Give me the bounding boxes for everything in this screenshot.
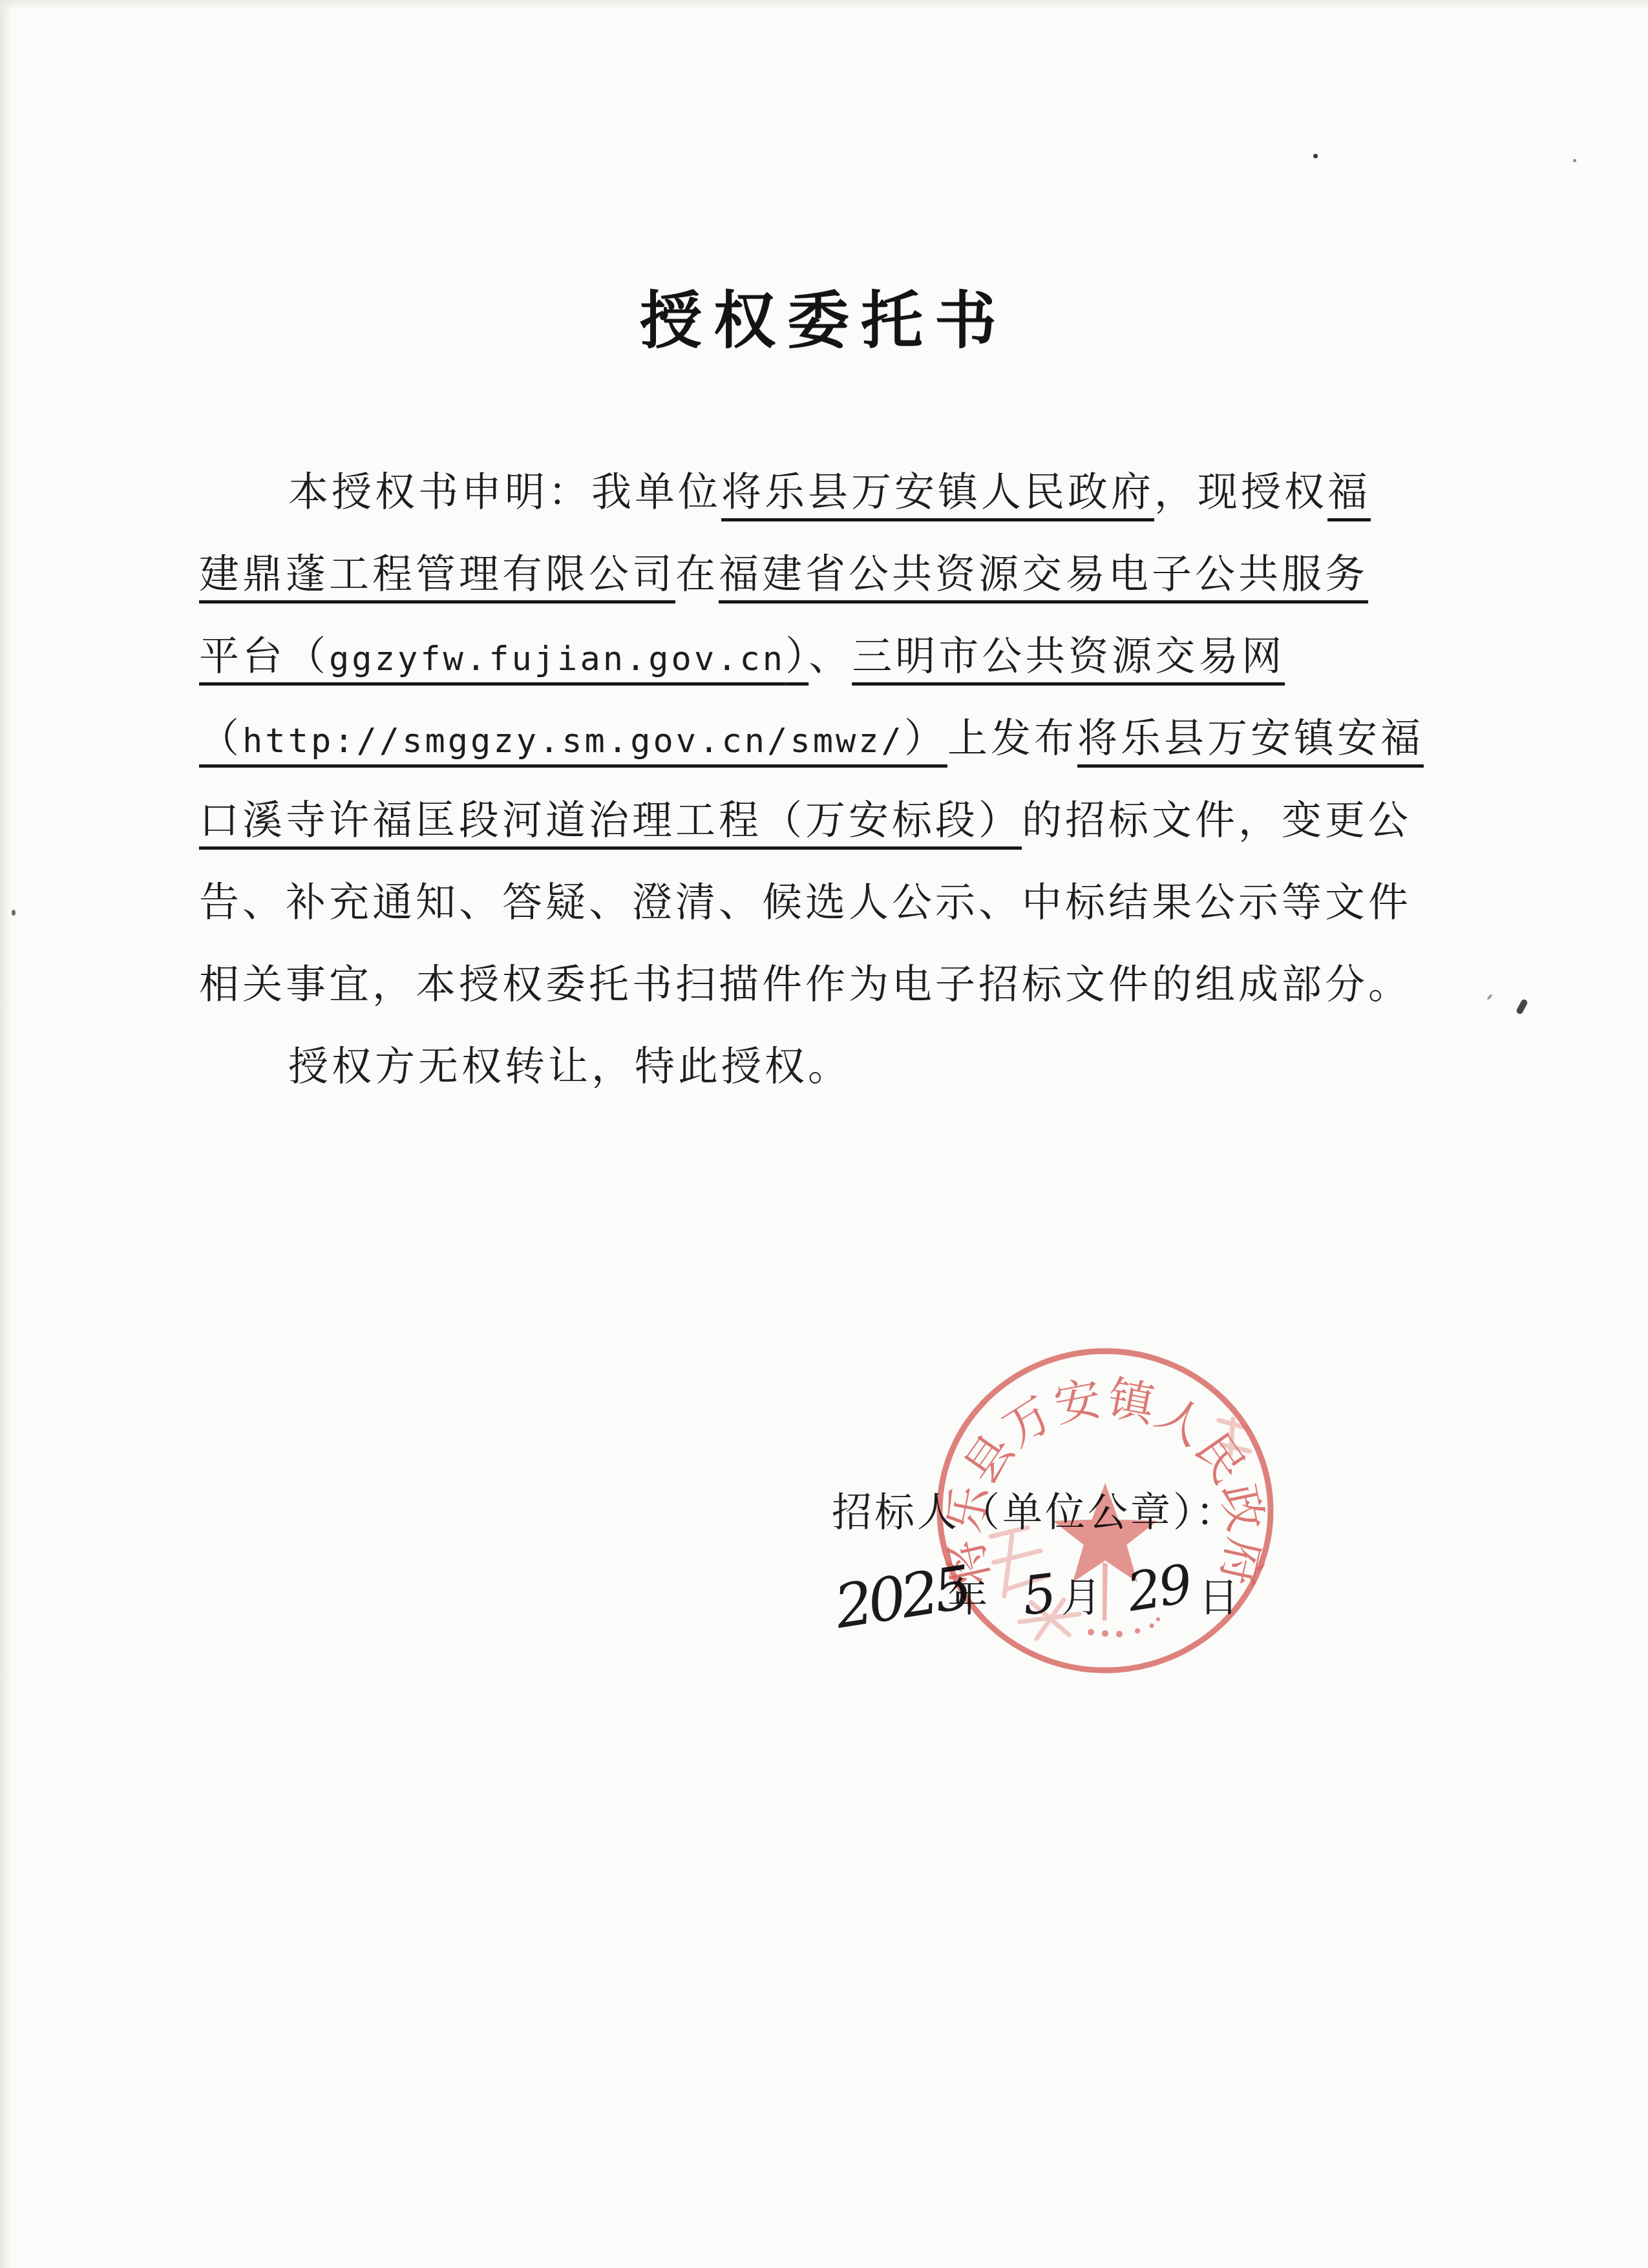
scanned-document-page: 授权委托书 本授权书申明：我单位将乐县万安镇人民政府，现授权福 建鼎蓬工程管理有… bbox=[0, 0, 1648, 2268]
scan-dust-speck bbox=[1313, 154, 1318, 158]
underlined-segment: 口溪寺许福匡段河道治理工程（万安标段） bbox=[199, 799, 1022, 843]
body-line: 平台（ggzyfw.fujian.gov.cn）、三明市公共资源交易网 bbox=[199, 616, 1498, 698]
text-segment: 的招标文件，变更公 bbox=[1022, 799, 1411, 843]
text-segment: 告、补充通知、答疑、澄清、候选人公示、中标结果公示等文件 bbox=[199, 881, 1411, 925]
text-segment: 本授权书申明：我单位 bbox=[288, 471, 721, 515]
document-title: 授权委托书 bbox=[0, 271, 1648, 360]
handwritten-day: 29 bbox=[1123, 1549, 1195, 1629]
body-line: 本授权书申明：我单位将乐县万安镇人民政府，现授权福 bbox=[199, 452, 1498, 534]
scan-dust-speck bbox=[1516, 998, 1528, 1015]
underlined-segment: 建鼎蓬工程管理有限公司 bbox=[199, 553, 675, 597]
url-text: http://smggzy.sm.gov.cn/smwz/ bbox=[242, 722, 904, 761]
underlined-segment: 将乐县万安镇安福 bbox=[1077, 717, 1424, 761]
underlined-segment: 将乐县万安镇人民政府 bbox=[721, 471, 1154, 515]
handwritten-month: 5 bbox=[1019, 1558, 1061, 1633]
underlined-segment: （ bbox=[199, 717, 242, 761]
text-segment: 授权方无权转让，特此授权。 bbox=[288, 1045, 851, 1089]
body-line: 相关事宜，本授权委托书扫描件作为电子招标文件的组成部分。 bbox=[199, 945, 1498, 1027]
underlined-segment: ） bbox=[904, 717, 947, 761]
text-segment: 、 bbox=[808, 635, 852, 679]
url-text: ggzyfw.fujian.gov.cn bbox=[329, 640, 785, 678]
body-line: 授权方无权转让，特此授权。 bbox=[199, 1027, 1498, 1109]
body-line: 建鼎蓬工程管理有限公司在福建省公共资源交易电子公共服务 bbox=[199, 534, 1498, 616]
underlined-segment: 福 bbox=[1327, 471, 1371, 515]
text-segment: 上发布 bbox=[947, 717, 1077, 761]
scan-dust-speck bbox=[12, 910, 16, 916]
text-segment: ，现授权 bbox=[1154, 471, 1327, 515]
body-line: （http://smggzy.sm.gov.cn/smwz/）上发布将乐县万安镇… bbox=[199, 698, 1498, 781]
text-segment: 在 bbox=[675, 553, 719, 597]
text-segment: 相关事宜，本授权委托书扫描件作为电子招标文件的组成部分。 bbox=[199, 963, 1411, 1007]
signature-label: 招标人（单位公章）： bbox=[832, 1484, 1238, 1543]
date-line: 2025年5月29日 bbox=[834, 1556, 1239, 1634]
underlined-segment: 平台（ bbox=[199, 635, 329, 679]
body-line: 告、补充通知、答疑、澄清、候选人公示、中标结果公示等文件 bbox=[199, 863, 1498, 945]
body-paragraph: 本授权书申明：我单位将乐县万安镇人民政府，现授权福 建鼎蓬工程管理有限公司在福建… bbox=[199, 452, 1498, 1109]
body-line: 口溪寺许福匡段河道治理工程（万安标段）的招标文件，变更公 bbox=[199, 781, 1498, 863]
day-unit-label: 日 bbox=[1199, 1563, 1239, 1634]
underlined-segment: 三明市公共资源交易网 bbox=[852, 635, 1285, 679]
scan-edge-shadow-top bbox=[0, 0, 1648, 10]
month-unit-label: 月 bbox=[1061, 1563, 1101, 1634]
underlined-segment: ） bbox=[785, 635, 808, 679]
underlined-segment: 福建省公共资源交易电子公共服务 bbox=[719, 553, 1368, 597]
scan-dust-speck bbox=[1573, 159, 1576, 162]
